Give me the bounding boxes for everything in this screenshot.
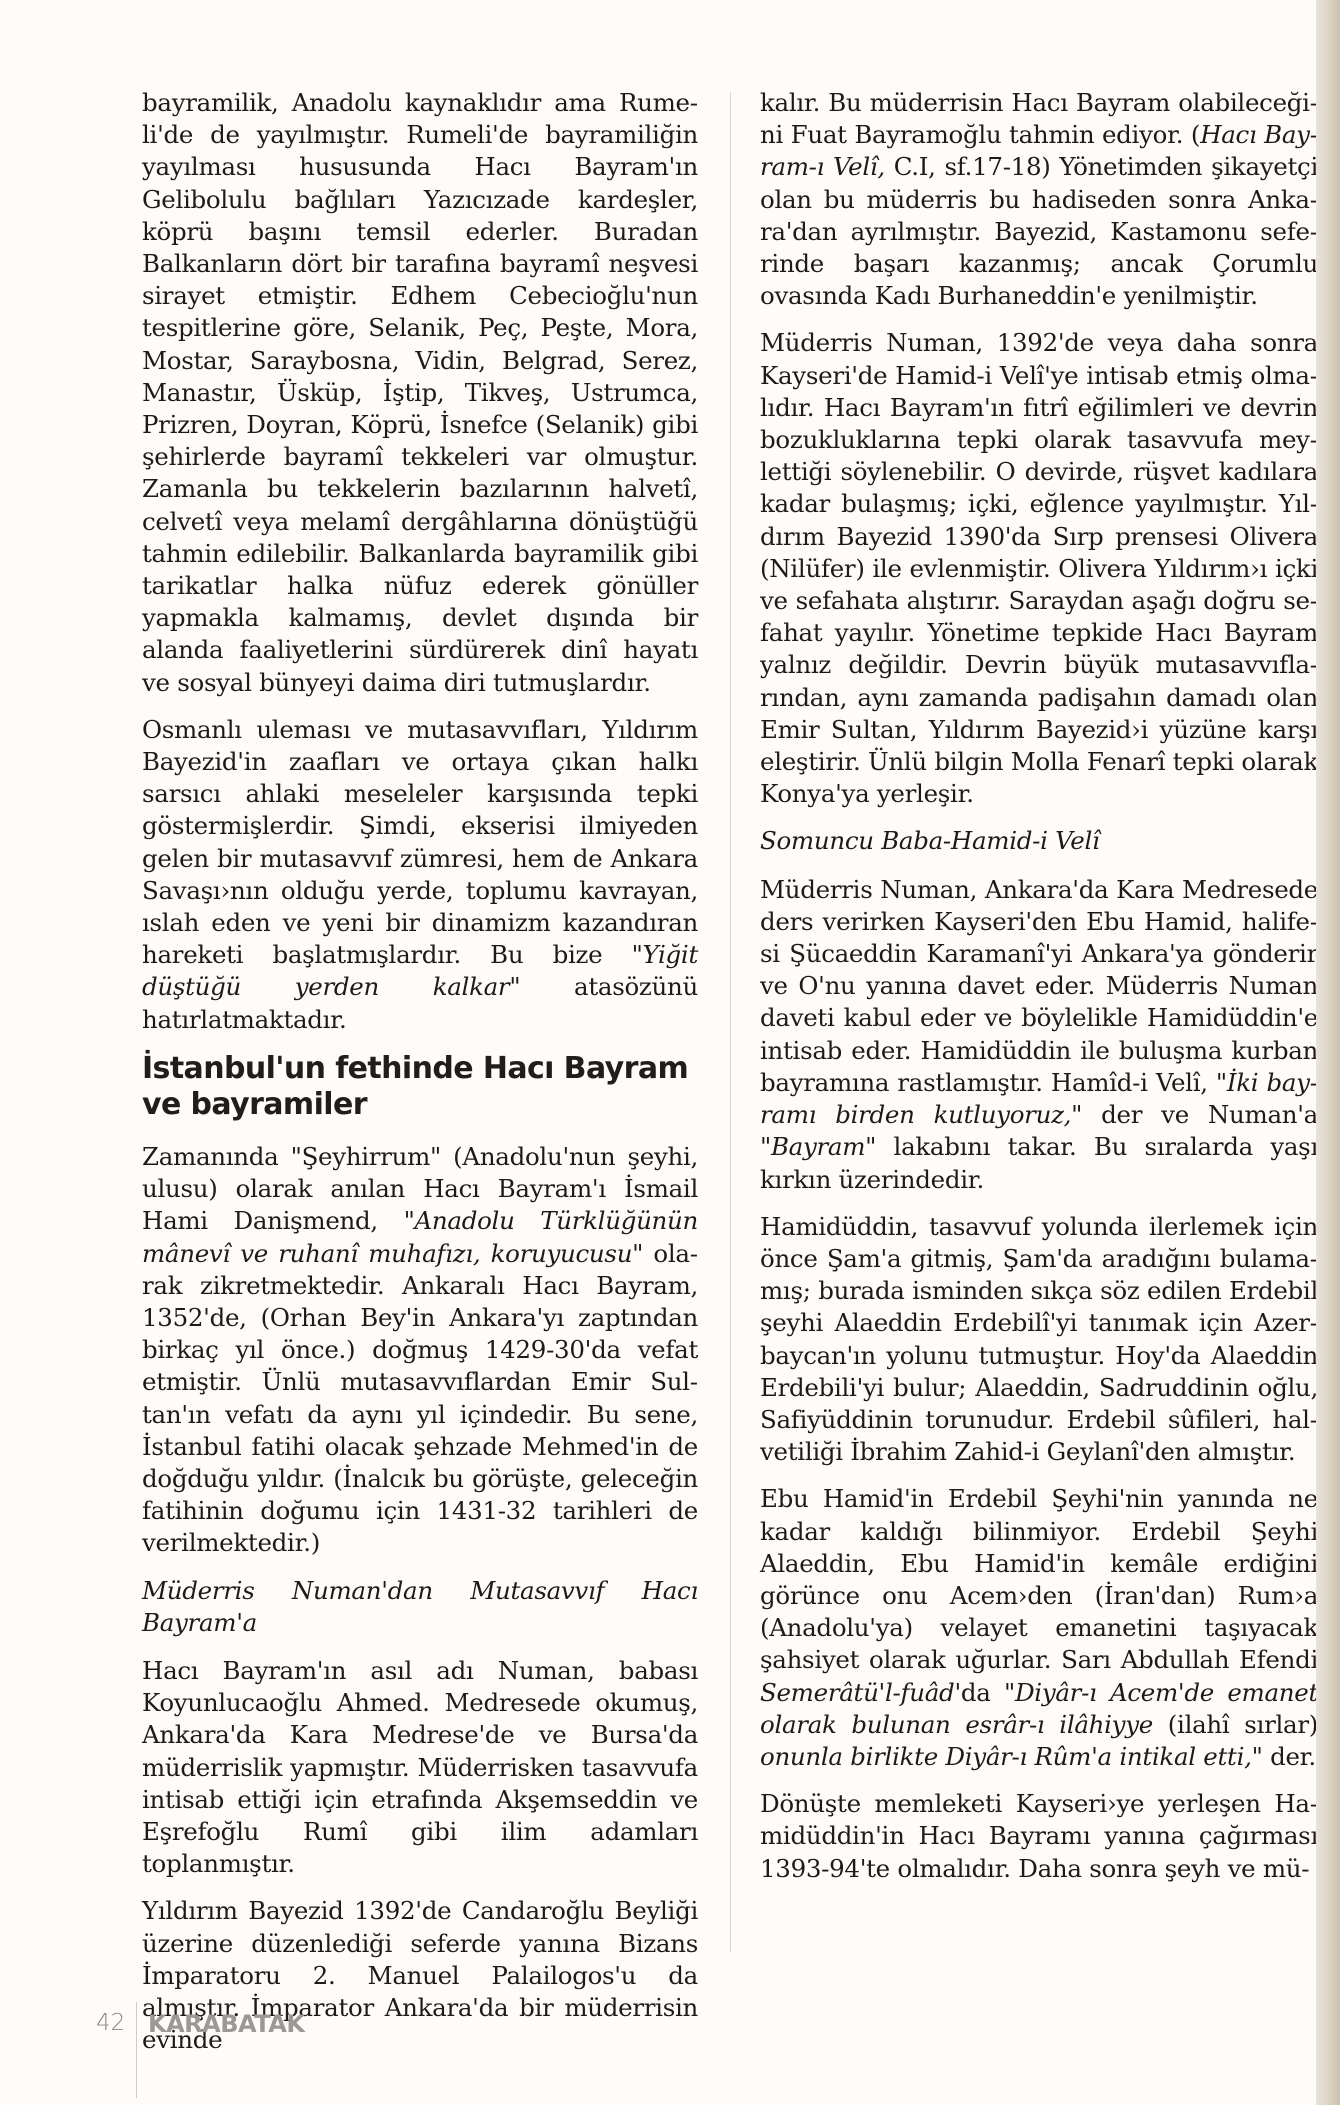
paragraph: Müderris Numan, Ankara'da Kara Medresede… bbox=[760, 874, 1318, 1196]
text: der ve Numan'a bbox=[1101, 1100, 1318, 1129]
subheading: Somuncu Baba-Hamid-i Velî bbox=[760, 825, 1318, 857]
text: (ilahî sırlar) bbox=[1168, 1710, 1318, 1739]
paragraph: Ebu Hamid'in Erdebil Şeyhi'nin yanında n… bbox=[760, 1483, 1318, 1773]
page-number: 42 bbox=[96, 2010, 125, 2036]
paragraph: Hamidüddin, tasavvuf yolunda ilerlemek i… bbox=[760, 1211, 1318, 1469]
paragraph: kalır. Bu müderrisin Hacı Bayram olabile… bbox=[760, 87, 1318, 312]
section-heading: İstanbul'un fethinde Hacı Bayram ve bayr… bbox=[142, 1051, 698, 1123]
paragraph: Hacı Bayram'ın asıl adı Numan, babası Ko… bbox=[142, 1655, 698, 1880]
column-divider bbox=[730, 92, 731, 1952]
page-edge-shadow bbox=[1316, 0, 1340, 2105]
paragraph: Dönüşte memleketi Kayseri›ye yerleşen Ha… bbox=[760, 1788, 1318, 1885]
footer-divider bbox=[136, 2002, 137, 2098]
magazine-name: KARABATAK bbox=[148, 2010, 304, 2038]
paragraph: bayramilik, Anadolu kaynaklıdır ama Rume… bbox=[142, 87, 698, 699]
quote: onunla birlikte Diyâr-ı Rûm'a intikal et… bbox=[760, 1742, 1263, 1771]
text: Ebu Hamid'in Erdebil Şeyhi'nin yanında n… bbox=[760, 1484, 1318, 1674]
text: der. bbox=[1270, 1742, 1316, 1771]
text: ola­rak zikretmektedir. Ankaralı Hacı Ba… bbox=[142, 1239, 698, 1558]
left-column: bayramilik, Anadolu kaynaklıdır ama Rume… bbox=[142, 87, 698, 2071]
text: da bbox=[961, 1678, 991, 1707]
text: Osmanlı uleması ve mutasavvıfları, Yıldı… bbox=[142, 715, 698, 969]
text: Müderris Numan, Ankara'da Kara Medresede… bbox=[760, 875, 1318, 1097]
subheading: Müderris Numan'dan Mutasavvıf Hacı Bayra… bbox=[142, 1575, 698, 1639]
paragraph: Osmanlı uleması ve mutasavvıfları, Yıldı… bbox=[142, 714, 698, 1036]
quote: "Bay­ram" bbox=[760, 1132, 876, 1161]
paragraph: Müderris Numan, 1392'de veya daha sonra … bbox=[760, 327, 1318, 810]
citation: Semerâtü'l-fuâd' bbox=[760, 1678, 961, 1707]
paragraph: Zamanında "Şeyhirrum" (Anadolu'nun şey­h… bbox=[142, 1141, 698, 1560]
right-column: kalır. Bu müderrisin Hacı Bayram olabile… bbox=[760, 87, 1318, 1900]
